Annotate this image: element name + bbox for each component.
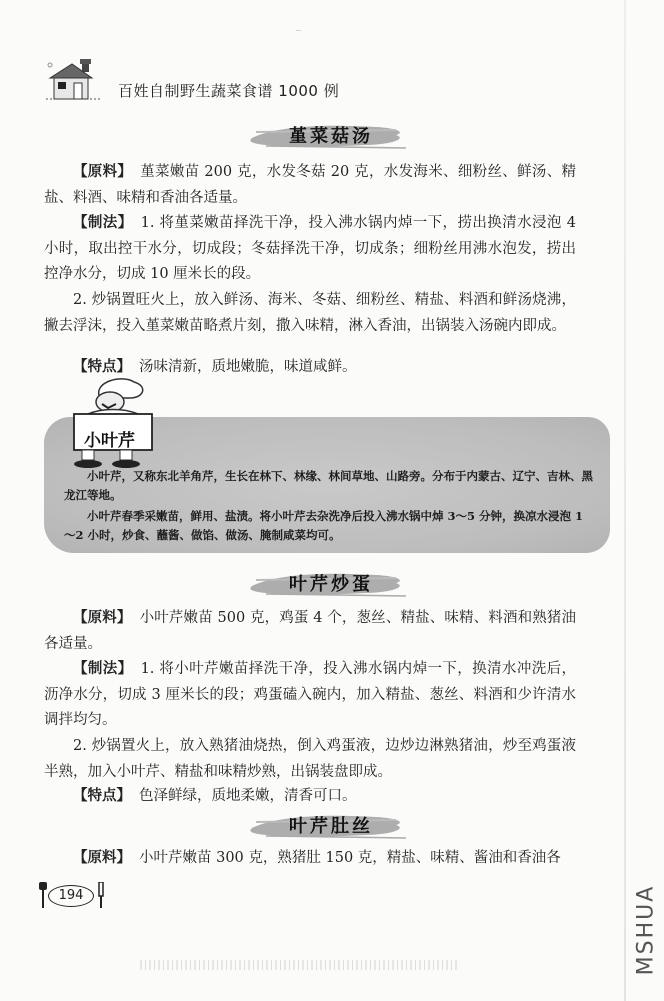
recipe-title-text: 叶芹肚丝 bbox=[289, 812, 373, 838]
ingredients-paragraph: 【原料】小叶芹嫩苗 500 克，鸡蛋 4 个，葱丝、精盐、味精、料酒和熟猪油各适… bbox=[44, 606, 576, 657]
page-edge bbox=[624, 0, 626, 1001]
recipe-title-2: 叶芹炒蛋 bbox=[246, 566, 416, 600]
fork-icon bbox=[38, 882, 48, 908]
recipe-title-text: 堇菜菇汤 bbox=[289, 122, 373, 148]
method-label: 【制法】 bbox=[73, 215, 133, 231]
knife-icon bbox=[96, 882, 106, 908]
ingredients-text: 小叶芹嫩苗 300 克，熟猪肚 150 克，精盐、味精、酱油和香油各 bbox=[139, 850, 561, 866]
watermark: MSHUA bbox=[628, 870, 664, 990]
page-footer: 194 bbox=[38, 880, 118, 910]
features-paragraph: 【特点】色泽鲜绿，质地柔嫩，清香可口。 bbox=[44, 784, 576, 810]
method-label: 【制法】 bbox=[73, 661, 133, 677]
recipe-title-3: 叶芹肚丝 bbox=[246, 808, 416, 842]
page-number: 194 bbox=[48, 885, 94, 907]
top-mark: ‾ bbox=[296, 30, 301, 41]
ingredients-label: 【原料】 bbox=[73, 164, 132, 180]
features-label: 【特点】 bbox=[73, 788, 131, 804]
method-step-2: 2. 炒锅置火上，放入熟猪油烧热，倒入鸡蛋液，边炒边淋熟猪油，炒至鸡蛋液半熟，加… bbox=[44, 738, 576, 780]
scan-artifact bbox=[140, 960, 460, 970]
method-paragraph-1: 【制法】1. 将小叶芹嫩苗择洗干净，投入沸水锅内焯一下，换清水冲洗后，沥净水分，… bbox=[44, 657, 576, 734]
method-paragraph-2: 2. 炒锅置旺火上，放入鲜汤、海米、冬菇、细粉丝、精盐、料酒和鲜汤烧沸，撇去浮沫… bbox=[44, 288, 576, 339]
info-paragraph-2: 小叶芹春季采嫩苗，鲜用、盐渍。将小叶芹去杂洗净后投入沸水锅中焯 3～5 分钟，换… bbox=[64, 507, 594, 545]
page-header: 百姓自制野生蔬菜食谱 1000 例 bbox=[44, 56, 604, 102]
info-paragraph-1: 小叶芹，又称东北羊角芹，生长在林下、林缘、林间草地、山路旁。分布于内蒙古、辽宁、… bbox=[64, 467, 594, 505]
method-step-2: 2. 炒锅置旺火上，放入鲜汤、海米、冬菇、细粉丝、精盐、料酒和鲜汤烧沸，撇去浮沫… bbox=[44, 292, 576, 334]
ingredients-paragraph: 【原料】小叶芹嫩苗 300 克，熟猪肚 150 克，精盐、味精、酱油和香油各 bbox=[44, 846, 576, 872]
ingredients-label: 【原料】 bbox=[73, 610, 132, 626]
recipe-title-1: 堇菜菇汤 bbox=[246, 118, 416, 152]
watermark-text: MSHUA bbox=[634, 885, 659, 976]
recipe-title-text: 叶芹炒蛋 bbox=[289, 570, 373, 596]
ingredients-paragraph: 【原料】堇菜嫩苗 200 克，水发冬菇 20 克，水发海米、细粉丝、鲜汤、精盐、… bbox=[44, 160, 576, 211]
method-paragraph-2: 2. 炒锅置火上，放入熟猪油烧热，倒入鸡蛋液，边炒边淋熟猪油，炒至鸡蛋液半熟，加… bbox=[44, 734, 576, 785]
running-head: 百姓自制野生蔬菜食谱 1000 例 bbox=[118, 80, 339, 101]
info-box-label: 小叶芹 bbox=[84, 426, 135, 451]
method-paragraph-1: 【制法】1. 将堇菜嫩苗择洗干净，投入沸水锅内焯一下，捞出换清水浸泡 4 小时，… bbox=[44, 211, 576, 288]
features-label: 【特点】 bbox=[73, 359, 131, 375]
chef-holding-sign-icon bbox=[52, 376, 162, 468]
features-text: 色泽鲜绿，质地柔嫩，清香可口。 bbox=[139, 788, 357, 804]
features-text: 汤味清新，质地嫩脆，味道咸鲜。 bbox=[139, 359, 357, 375]
ingredients-label: 【原料】 bbox=[73, 850, 131, 866]
house-icon bbox=[44, 56, 104, 102]
